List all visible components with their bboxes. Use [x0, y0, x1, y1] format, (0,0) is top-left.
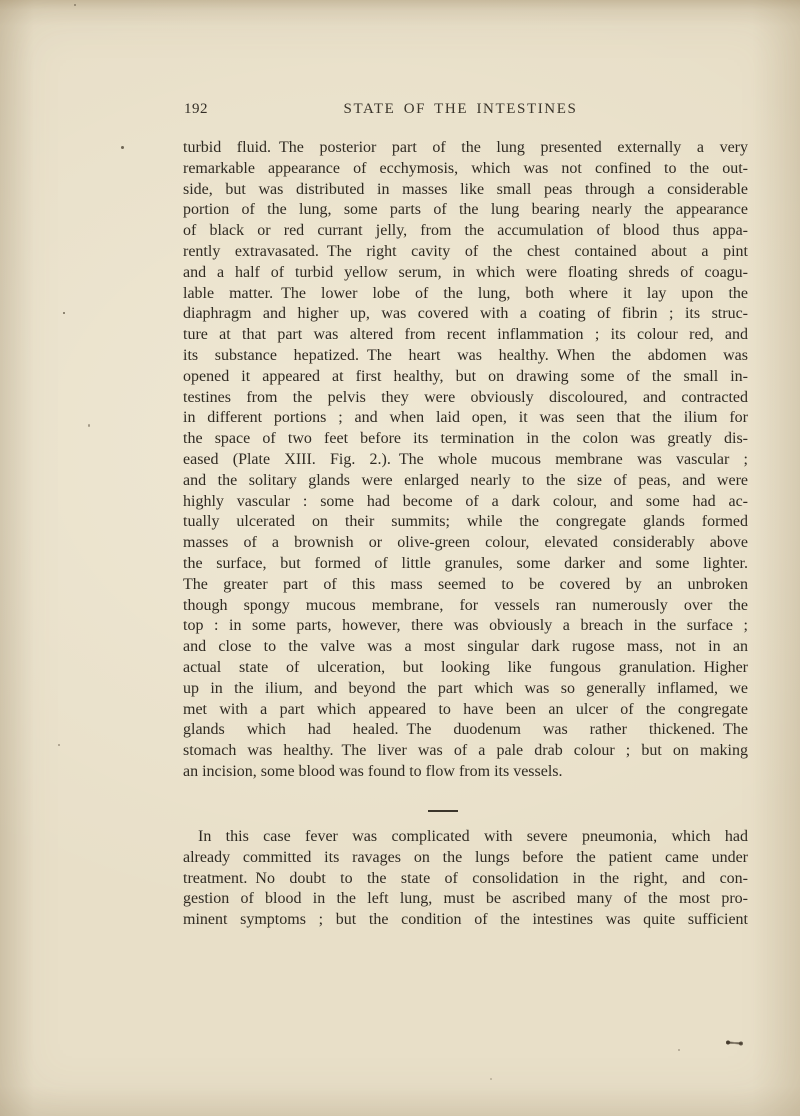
- ink-speck: [58, 744, 60, 746]
- section-divider-rule: [428, 810, 458, 812]
- text-line: side, but was distributed in masses like…: [183, 180, 748, 201]
- text-line: actual state of ulceration, but looking …: [183, 658, 748, 679]
- ink-speck: [74, 4, 76, 6]
- text-line: minent symptoms ; but the condition of t…: [183, 910, 748, 931]
- text-line: and the solitary glands were enlarged ne…: [183, 471, 748, 492]
- text-line: turbid fluid. The posterior part of the …: [183, 138, 748, 159]
- running-head: 192 STATE OF THE INTESTINES: [183, 101, 748, 121]
- text-line: top : in some parts, however, there was …: [183, 616, 748, 637]
- text-line: opened it appeared at first healthy, but…: [183, 367, 748, 388]
- text-line: In this case fever was complicated with …: [183, 827, 748, 848]
- text-line: testines from the pelvis they were obvio…: [183, 388, 748, 409]
- text-line: and a half of turbid yellow serum, in wh…: [183, 263, 748, 284]
- text-line: eased (Plate XIII. Fig. 2.). The whole m…: [183, 450, 748, 471]
- text-line: portion of the lung, some parts of the l…: [183, 200, 748, 221]
- text-line: treatment. No doubt to the state of cons…: [183, 869, 748, 890]
- text-line: its substance hepatized. The heart was h…: [183, 346, 748, 367]
- text-line: the space of two feet before its termina…: [183, 429, 748, 450]
- ink-speck: [88, 424, 90, 427]
- text-line: gestion of blood in the left lung, must …: [183, 889, 748, 910]
- body-paragraph-2: In this case fever was complicated with …: [183, 827, 748, 931]
- text-line: glands which had healed. The duodenum wa…: [183, 720, 748, 741]
- text-line: of black or red currant jelly, from the …: [183, 221, 748, 242]
- text-line: up in the ilium, and beyond the part whi…: [183, 679, 748, 700]
- body-paragraph-1: turbid fluid. The posterior part of the …: [183, 138, 748, 783]
- text-line: remarkable appearance of ecchymosis, whi…: [183, 159, 748, 180]
- ink-speck: [121, 146, 124, 149]
- text-line: lable matter. The lower lobe of the lung…: [183, 284, 748, 305]
- text-line: already committed its ravages on the lun…: [183, 848, 748, 869]
- ink-dash-mark: [727, 1041, 742, 1044]
- text-line: the surface, but formed of little granul…: [183, 554, 748, 575]
- text-line: rently extravasated. The right cavity of…: [183, 242, 748, 263]
- text-line: ture at that part was altered from recen…: [183, 325, 748, 346]
- text-line: The greater part of this mass seemed to …: [183, 575, 748, 596]
- text-line: tually ulcerated on their summits; while…: [183, 512, 748, 533]
- ink-speck: [63, 312, 65, 314]
- text-line: an incision, some blood was found to flo…: [183, 762, 748, 783]
- text-line: though spongy mucous membrane, for vesse…: [183, 596, 748, 617]
- book-page-scan: 192 STATE OF THE INTESTINES turbid fluid…: [0, 0, 800, 1116]
- text-line: diaphragm and higher up, was covered wit…: [183, 304, 748, 325]
- text-line: in different portions ; and when laid op…: [183, 408, 748, 429]
- page-title: STATE OF THE INTESTINES: [183, 101, 738, 118]
- text-line: highly vascular : some had become of a d…: [183, 492, 748, 513]
- ink-speck: [490, 1078, 492, 1080]
- text-line: masses of a brownish or olive-green colo…: [183, 533, 748, 554]
- text-line: and close to the valve was a most singul…: [183, 637, 748, 658]
- ink-speck: [678, 1049, 680, 1051]
- text-line: stomach was healthy. The liver was of a …: [183, 741, 748, 762]
- text-line: met with a part which appeared to have b…: [183, 700, 748, 721]
